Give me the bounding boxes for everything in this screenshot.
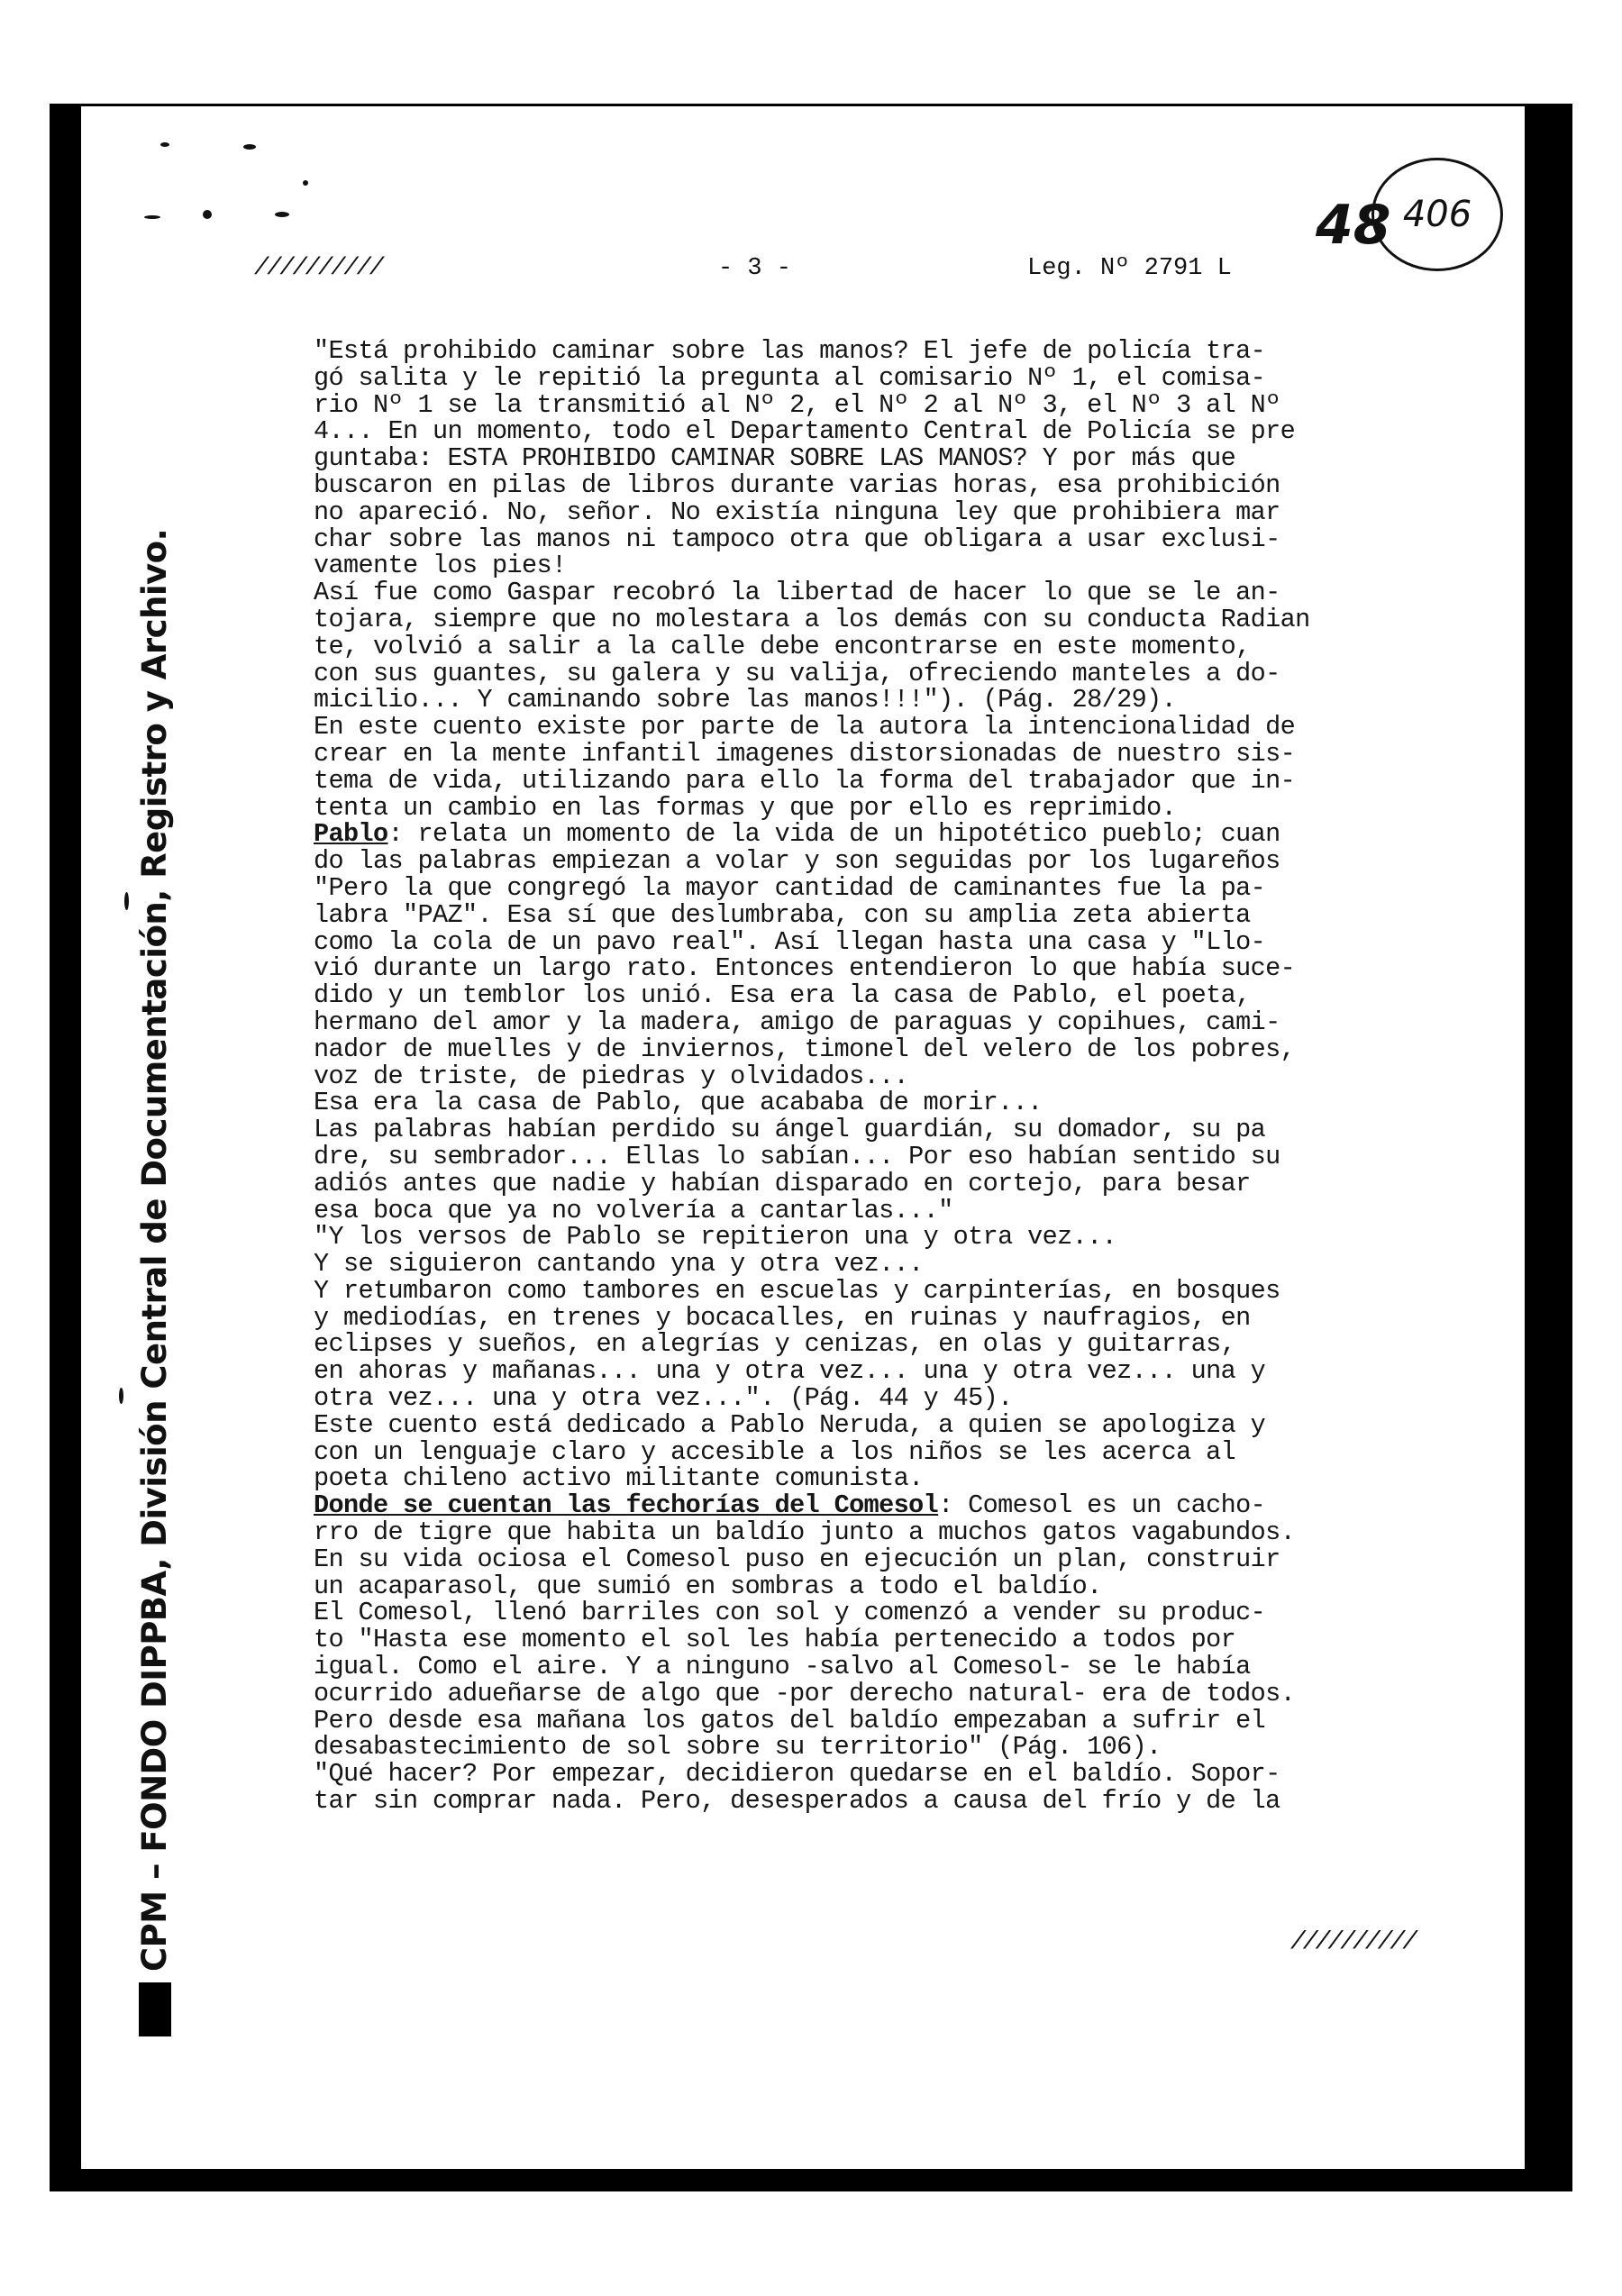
- text-line: rio Nº 1 se la transmitió al Nº 2, el Nº…: [314, 392, 1521, 419]
- text-line: te, volvió a salir a la calle debe encon…: [314, 633, 1521, 661]
- text-line: do las palabras empiezan a volar y son s…: [314, 848, 1521, 875]
- text-line: "Y los versos de Pablo se repitieron una…: [314, 1224, 1521, 1251]
- text-line: Pablo: relata un momento de la vida de u…: [314, 821, 1521, 848]
- text-line: en ahoras y mañanas... una y otra vez...…: [314, 1358, 1521, 1385]
- text-line: 4... En un momento, todo el Departamento…: [314, 418, 1521, 445]
- text-line: esa boca que ya no volvería a cantarlas.…: [314, 1198, 1521, 1225]
- text-line: micilio... Y caminando sobre las manos!!…: [314, 687, 1521, 714]
- legajo-number: Leg. Nº 2791 L: [1027, 255, 1232, 282]
- text-line: dido y un temblor los unió. Esa era la c…: [314, 982, 1521, 1009]
- text-line: "Pero la que congregó la mayor cantidad …: [314, 875, 1521, 902]
- text-line: voz de triste, de piedras y olvidados...: [314, 1063, 1521, 1090]
- text-line: tema de vida, utilizando para ello la fo…: [314, 768, 1521, 795]
- text-line: como la cola de un pavo real". Así llega…: [314, 929, 1521, 956]
- document-body: "Está prohibido caminar sobre las manos?…: [314, 338, 1521, 1815]
- text-line: Las palabras habían perdido su ángel gua…: [314, 1116, 1521, 1143]
- text-line: hermano del amor y la madera, amigo de p…: [314, 1009, 1521, 1036]
- text-line: to "Hasta ese momento el sol les había p…: [314, 1626, 1521, 1654]
- text-line: gó salita y le repitió la pregunta al co…: [314, 365, 1521, 392]
- text-line: "Está prohibido caminar sobre las manos?…: [314, 338, 1521, 365]
- header-slashes: //////////: [254, 255, 382, 282]
- archive-stamp: CPM – FONDO DIPPBA, División Central de …: [135, 529, 174, 2036]
- text-line: Pero desde esa mañana los gatos del bald…: [314, 1708, 1521, 1735]
- text-line: ocurrido adueñarse de algo que -por dere…: [314, 1681, 1521, 1708]
- text-line: igual. Como el aire. Y a ninguno -salvo …: [314, 1654, 1521, 1681]
- text-line: En su vida ociosa el Comesol puso en eje…: [314, 1546, 1521, 1573]
- folio-circled-number: 406: [1371, 158, 1503, 271]
- text-line: tojara, siempre que no molestara a los d…: [314, 606, 1521, 633]
- text-line: labra "PAZ". Esa sí que deslumbraba, con…: [314, 902, 1521, 929]
- text-line: El Comesol, llenó barriles con sol y com…: [314, 1599, 1521, 1626]
- text-line: En este cuento existe por parte de la au…: [314, 714, 1521, 741]
- text-line: un acaparasol, que sumió en sombras a to…: [314, 1573, 1521, 1600]
- text-line: Así fue como Gaspar recobró la libertad …: [314, 579, 1521, 606]
- text-line: con un lenguaje claro y accesible a los …: [314, 1439, 1521, 1466]
- text-line: buscaron en pilas de libros durante vari…: [314, 472, 1521, 499]
- text-line: Esa era la casa de Pablo, que acababa de…: [314, 1089, 1521, 1116]
- archive-stamp-text: CPM – FONDO DIPPBA, División Central de …: [135, 529, 174, 1972]
- text-line: vamente los pies!: [314, 552, 1521, 579]
- text-line: dre, su sembrador... Ellas lo sabían... …: [314, 1143, 1521, 1171]
- text-line: tar sin comprar nada. Pero, desesperados…: [314, 1788, 1521, 1815]
- stamp-block-mark: [139, 1982, 171, 2036]
- text-line: guntaba: ESTA PROHIBIDO CAMINAR SOBRE LA…: [314, 445, 1521, 472]
- text-line: con sus guantes, su galera y su valija, …: [314, 661, 1521, 688]
- page-number: - 3 -: [718, 255, 791, 282]
- text-line: y mediodías, en trenes y bocacalles, en …: [314, 1305, 1521, 1332]
- text-line: vió durante un largo rato. Entonces ente…: [314, 955, 1521, 982]
- end-slashes: //////////: [1290, 1928, 1415, 1956]
- section-heading: Pablo: [314, 819, 388, 849]
- text-line: char sobre las manos ni tampoco otra que…: [314, 526, 1521, 553]
- text-line: Y retumbaron como tambores en escuelas y…: [314, 1278, 1521, 1305]
- text-line: Y se siguieron cantando yna y otra vez..…: [314, 1251, 1521, 1278]
- text-line: eclipses y sueños, en alegrías y cenizas…: [314, 1331, 1521, 1358]
- text-line: no apareció. No, señor. No existía ningu…: [314, 499, 1521, 526]
- section-heading: Donde se cuentan las fechorías del Comes…: [314, 1490, 938, 1520]
- text-line: Este cuento está dedicado a Pablo Neruda…: [314, 1412, 1521, 1439]
- document-header: ////////// - 3 - Leg. Nº 2791 L: [254, 255, 1290, 291]
- text-line: crear en la mente infantil imagenes dist…: [314, 741, 1521, 768]
- text-line: Donde se cuentan las fechorías del Comes…: [314, 1492, 1521, 1519]
- text-line: nador de muelles y de inviernos, timonel…: [314, 1036, 1521, 1063]
- text-line: poeta chileno activo militante comunista…: [314, 1465, 1521, 1492]
- text-line: rro de tigre que habita un baldío junto …: [314, 1519, 1521, 1546]
- text-line: "Qué hacer? Por empezar, decidieron qued…: [314, 1761, 1521, 1788]
- text-line: desabastecimiento de sol sobre su territ…: [314, 1734, 1521, 1761]
- text-line: adiós antes que nadie y habían disparado…: [314, 1171, 1521, 1198]
- text-line: otra vez... una y otra vez...". (Pág. 44…: [314, 1385, 1521, 1412]
- text-line: tenta un cambio en las formas y que por …: [314, 795, 1521, 822]
